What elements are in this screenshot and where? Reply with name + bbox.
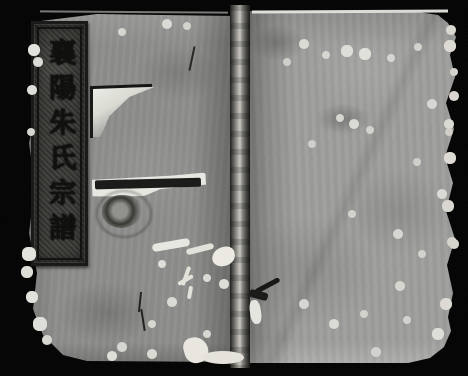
title-label-frame: 襄陽朱氏宗譜 (37, 27, 82, 260)
title-label-text: 襄陽朱氏宗譜 (46, 29, 73, 258)
book-photo: 襄陽朱氏宗譜 (0, 0, 468, 376)
spine-fold (230, 5, 250, 368)
corner-tear-left-line (90, 86, 93, 138)
back-cover (248, 11, 459, 364)
slot-tear-gap (95, 178, 201, 190)
top-edge-highlight-left (40, 10, 228, 13)
title-label: 襄陽朱氏宗譜 (31, 21, 88, 266)
right-edge-chips (0, 0, 4, 4)
bottom-tear-blob-2 (202, 351, 244, 364)
